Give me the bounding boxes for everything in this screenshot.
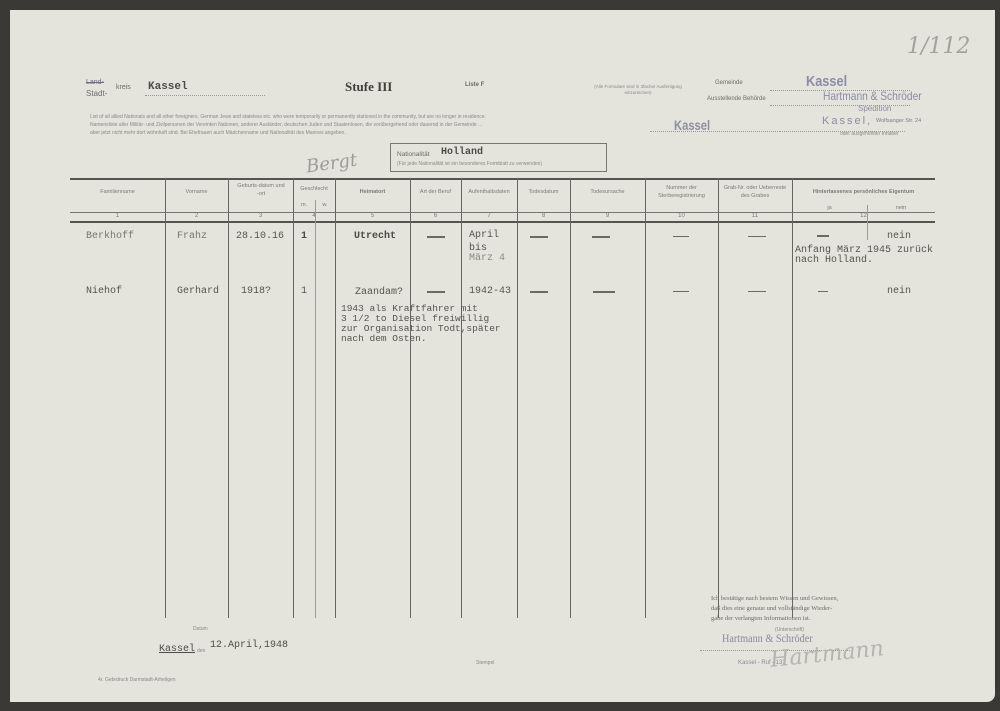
row1-first-name: Frahz bbox=[177, 231, 207, 242]
col-number-9: 9 bbox=[570, 213, 645, 219]
col-number-2: 2 bbox=[165, 213, 228, 219]
header-hometown: Heimatort bbox=[335, 188, 410, 196]
header-property-no: nein bbox=[867, 204, 935, 212]
row1-death-cause-dash bbox=[592, 236, 610, 238]
row2-gender-m: 1 bbox=[301, 286, 307, 297]
nationality-box: Nationalität Holland (Für jede Nationali… bbox=[390, 143, 607, 172]
col-number-1: 1 bbox=[70, 213, 165, 219]
header-gender-w: w. bbox=[316, 201, 334, 209]
footer-place: Kassel bbox=[159, 644, 195, 655]
col-number-12: 12 bbox=[792, 213, 935, 219]
signature-stamp: Hartmann & Schröder bbox=[722, 631, 813, 646]
list-label: Liste F bbox=[465, 82, 484, 88]
row2-property-no: nein bbox=[887, 286, 911, 297]
header-death-cause: Todesursache bbox=[570, 188, 645, 196]
col-divider-9 bbox=[645, 178, 646, 618]
nationality-note: (Für jede Nationalität ist ein besondere… bbox=[397, 161, 542, 167]
row2-stay-1: 1942-43 bbox=[469, 286, 511, 297]
district-label-suffix: kreis bbox=[116, 84, 131, 91]
header-property: Hinterlassenes persönliches Eigentum bbox=[792, 188, 935, 196]
row2-reg-dash bbox=[673, 291, 689, 292]
header-gender-m: m. bbox=[295, 201, 313, 209]
col-number-5: 5 bbox=[335, 213, 410, 219]
nationality-value: Holland bbox=[441, 147, 483, 158]
header-bottom-border bbox=[70, 221, 935, 223]
header-death-date: Todesdatum bbox=[517, 188, 570, 196]
col-number-8: 8 bbox=[517, 213, 570, 219]
row1-surname: Berkhoff bbox=[86, 231, 134, 242]
row2-occupation-dash bbox=[427, 291, 445, 293]
authority-stamp-city: Kassel, bbox=[822, 115, 872, 127]
instruction-line-1: List of all allied Nationals and all oth… bbox=[90, 114, 486, 120]
row1-property-yes-dash bbox=[817, 235, 829, 237]
row1-stay-3: März 4 bbox=[469, 253, 505, 264]
row2-hometown: Zaandam? bbox=[355, 287, 403, 298]
district-value: Kassel bbox=[148, 81, 188, 93]
row1-stay-1: April bbox=[469, 230, 499, 241]
footer-den: den bbox=[197, 648, 205, 654]
row2-surname: Niehof bbox=[86, 286, 122, 297]
certification-line-3: gabe der verlangten Informationen ist. bbox=[711, 614, 838, 624]
col-divider-1 bbox=[165, 178, 166, 618]
col-number-7: 7 bbox=[461, 213, 517, 219]
row1-gender-m: 1 bbox=[301, 231, 307, 242]
district-label-prefix: Stadt- bbox=[86, 89, 107, 98]
issuer-caption: oder ausgehöhlter Inhaber bbox=[840, 131, 899, 137]
instruction-line-2: Namensliste aller Militär- und Zivilpers… bbox=[90, 122, 482, 128]
authority-stamp-name: Hartmann & Schröder bbox=[823, 89, 922, 103]
authority-stamp-address: Wolfsanger Str. 24 bbox=[876, 118, 921, 124]
col-number-3: 3 bbox=[228, 213, 293, 219]
row1-reg-dash bbox=[673, 236, 689, 237]
header-occupation: Art der Beruf bbox=[410, 188, 461, 196]
col-divider-2 bbox=[228, 178, 229, 618]
row1-occupation-dash bbox=[427, 236, 445, 238]
paren-note: (Alle Formulare sind in 3facher Ausferti… bbox=[588, 84, 688, 96]
certification-line-1: Ich bestätige nach bestem Wissen und Gew… bbox=[711, 594, 838, 604]
row2-first-name: Gerhard bbox=[177, 286, 219, 297]
row1-death-date-dash bbox=[530, 236, 548, 238]
nationality-label: Nationalität bbox=[397, 151, 430, 158]
gemeinde-label: Gemeinde bbox=[715, 80, 743, 86]
header-reg-number: Nummer der Sterberegistrierung bbox=[650, 184, 713, 200]
col-divider-3 bbox=[293, 178, 294, 618]
authority-stamp-spedition: Spedition bbox=[858, 104, 891, 113]
col-number-10: 10 bbox=[645, 213, 718, 219]
row1-remark-2: nach Holland. bbox=[795, 255, 873, 266]
col-divider-10 bbox=[718, 178, 719, 618]
header-first-name: Vorname bbox=[165, 188, 228, 196]
row2-death-date-dash bbox=[530, 291, 548, 293]
col-divider-6 bbox=[461, 178, 462, 618]
row2-property-yes-dash bbox=[818, 291, 828, 292]
row2-grave-dash bbox=[748, 291, 766, 292]
form-title: Stufe III bbox=[345, 79, 392, 95]
handwritten-note: Bergt bbox=[305, 150, 359, 178]
row1-grave-dash bbox=[748, 236, 766, 237]
col-divider-8 bbox=[570, 178, 571, 618]
gemeinde-stamp: Kassel bbox=[806, 73, 847, 90]
date-caption: Datum bbox=[193, 626, 208, 632]
row2-remark-4: nach dem Osten. bbox=[341, 334, 427, 344]
row1-hometown: Utrecht bbox=[354, 231, 396, 242]
col-number-6: 6 bbox=[410, 213, 461, 219]
row1-property-no: nein bbox=[887, 231, 911, 242]
header-grave: Grab-Nr. oder Ueberreste des Grabes bbox=[722, 184, 788, 200]
authority-label: Ausstellende Behörde bbox=[707, 96, 766, 102]
row1-birth: 28.10.16 bbox=[236, 231, 284, 242]
footer-date: 12.April,1948 bbox=[210, 640, 288, 651]
col-divider-gender bbox=[315, 200, 316, 618]
instruction-line-3: aber jetzt nicht mehr dort wohnhaft sind… bbox=[90, 130, 346, 136]
row2-birth: 1918? bbox=[241, 286, 271, 297]
stamp-caption: Stempel bbox=[476, 660, 494, 666]
header-property-yes: ja bbox=[792, 204, 867, 212]
certification-line-2: daß dies eine genaue und vollständige Wi… bbox=[711, 604, 838, 614]
district-line bbox=[145, 95, 265, 96]
table-top-border bbox=[70, 178, 935, 180]
archive-number: 1/112 bbox=[907, 34, 970, 59]
col-divider-5 bbox=[410, 178, 411, 618]
col-divider-4 bbox=[335, 178, 336, 618]
row2-death-cause-dash bbox=[593, 291, 615, 293]
mid-line bbox=[650, 131, 780, 132]
header-gender: Geschlecht bbox=[293, 185, 335, 193]
header-birth: Geburts-datum und -ort bbox=[236, 182, 286, 198]
col-divider-7 bbox=[517, 178, 518, 618]
header-stay-dates: Aufenthaltsdaten bbox=[461, 188, 517, 196]
district-struck-label: Land- bbox=[86, 79, 104, 86]
col-divider-11 bbox=[792, 178, 793, 618]
certification-text: Ich bestätige nach bestem Wissen und Gew… bbox=[711, 594, 838, 624]
document-page: 1/112 Land- Stadt- kreis Kassel Stufe II… bbox=[10, 10, 995, 702]
col-number-11: 11 bbox=[718, 213, 792, 219]
col-number-4: 4 bbox=[293, 213, 335, 219]
printer-note: 4r. Gebrdruck Darmstadt-Arheilgen bbox=[98, 677, 176, 683]
header-surname: Familienname bbox=[70, 188, 165, 196]
